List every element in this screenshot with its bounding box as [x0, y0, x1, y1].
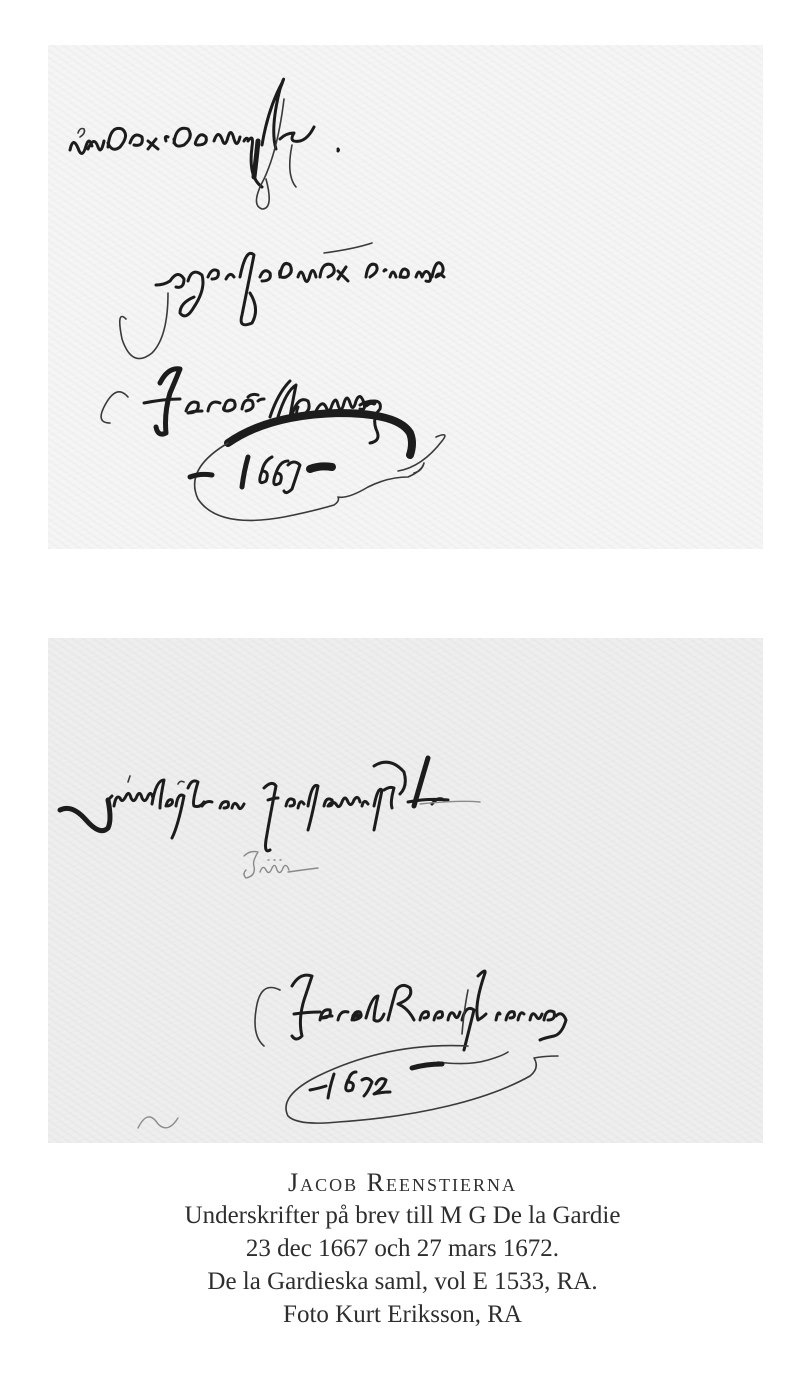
figure-caption: Jacob Reenstierna Underskrifter på brev … [0, 1166, 805, 1331]
caption-line-description: Underskrifter på brev till M G De la Gar… [0, 1199, 805, 1232]
caption-title: Jacob Reenstierna [0, 1166, 805, 1199]
caption-line-dates: 23 dec 1667 och 27 mars 1672. [0, 1232, 805, 1265]
signature-photo-1667 [48, 45, 763, 549]
handwriting-1672 [48, 638, 763, 1143]
handwriting-1667 [48, 45, 763, 549]
caption-line-source: De la Gardieska saml, vol E 1533, RA. [0, 1265, 805, 1298]
signature-photo-1672 [48, 638, 763, 1143]
caption-line-photo-credit: Foto Kurt Eriksson, RA [0, 1298, 805, 1331]
